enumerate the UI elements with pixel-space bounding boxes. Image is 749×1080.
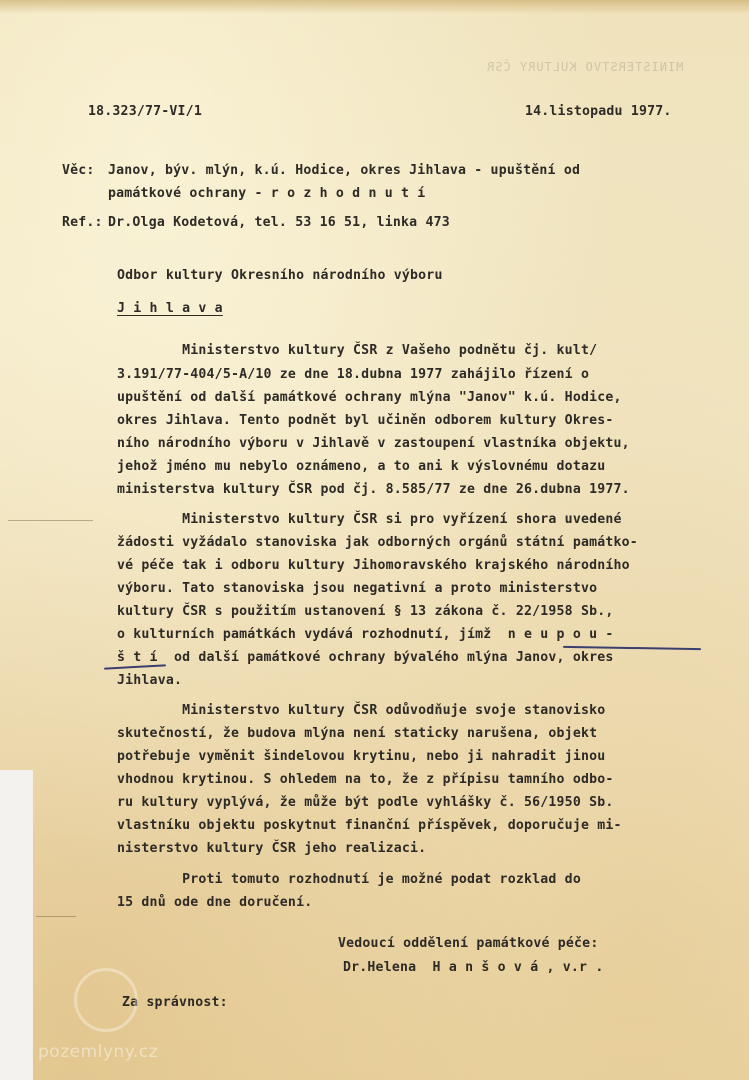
paragraph-line: okres Jihlava. Tento podnět byl učiněn o… xyxy=(117,413,614,428)
paper-crease xyxy=(8,520,93,521)
paragraph-line: Jihlava. xyxy=(117,673,182,688)
paragraph-line: kultury ČSR s použitím ustanovení § 13 z… xyxy=(117,604,614,619)
recipient-office: Odbor kultury Okresního národního výboru xyxy=(117,268,443,283)
letterhead-bleed-through: MINISTERSTVO KULTURY ČSR xyxy=(486,60,683,74)
paragraph-line: skutečností, že budova mlýna není static… xyxy=(117,726,597,741)
paragraph-line: výboru. Tato stanoviska jsou negativní a… xyxy=(117,581,597,596)
paragraph-line: potřebuje vyměnit šindelovou krytinu, ne… xyxy=(117,749,605,764)
subject-line-2: památkové ochrany - r o z h o d n u t í xyxy=(108,186,425,201)
paragraph-line: Proti tomuto rozhodnutí je možné podat r… xyxy=(117,872,581,887)
paragraph-line: nisterstvo kultury ČSR jeho realizaci. xyxy=(117,841,426,856)
paragraph-line: Ministerstvo kultury ČSR odůvodňuje svoj… xyxy=(117,703,605,718)
paragraph-line: vlastníku objektu poskytnut finanční pří… xyxy=(117,818,622,833)
paragraph-line: vhodnou krytinou. S ohledem na to, že z … xyxy=(117,772,614,787)
paragraph-line: žádosti vyžádalo stanoviska jak odbornýc… xyxy=(117,535,638,550)
paper-crease xyxy=(36,916,76,917)
paragraph-line: upuštění od další památkové ochrany mlýn… xyxy=(117,390,622,405)
paragraph-line: ru kultury vyplývá, že může být podle vy… xyxy=(117,795,614,810)
paragraph-line: vé péče tak i odboru kultury Jihomoravsk… xyxy=(117,558,630,573)
paper-stain xyxy=(0,0,749,14)
paragraph-line: Ministerstvo kultury ČSR z Vašeho podnět… xyxy=(117,343,597,358)
paragraph-line: jehož jméno mu nebylo oznámeno, a to ani… xyxy=(117,459,605,474)
paragraph-line: Ministerstvo kultury ČSR si pro vyřízení… xyxy=(117,512,622,527)
watermark-logo-icon xyxy=(74,968,138,1032)
letter-date: 14.listopadu 1977. xyxy=(525,104,672,119)
signature-title: Vedoucí oddělení památkové péče: xyxy=(338,936,598,951)
watermark-text: pozemlyny.cz xyxy=(38,1042,158,1062)
signature-name: Dr.Helena H a n š o v á , v.r . xyxy=(343,960,603,975)
ref-label: Ref.: xyxy=(62,215,103,230)
recipient-city: J i h l a v a xyxy=(117,301,223,316)
paragraph-line: ního národního výboru v Jihlavě v zastou… xyxy=(117,436,630,451)
paragraph-line: ministerstva kultury ČSR pod čj. 8.585/7… xyxy=(117,482,630,497)
subject-line-1: Janov, býv. mlýn, k.ú. Hodice, okres Jih… xyxy=(108,163,580,178)
subject-label: Věc: xyxy=(62,163,95,178)
paragraph-line: 3.191/77-404/5-A/10 ze dne 18.dubna 1977… xyxy=(117,367,589,382)
paragraph-line: 15 dnů ode dne doručení. xyxy=(117,895,312,910)
ref-contact: Dr.Olga Kodetová, tel. 53 16 51, linka 4… xyxy=(108,215,450,230)
paragraph-line: š t í od další památkové ochrany bývaléh… xyxy=(117,650,614,665)
reference-number: 18.323/77-VI/1 xyxy=(88,104,202,119)
paragraph-line: o kulturních památkách vydává rozhodnutí… xyxy=(117,627,614,642)
